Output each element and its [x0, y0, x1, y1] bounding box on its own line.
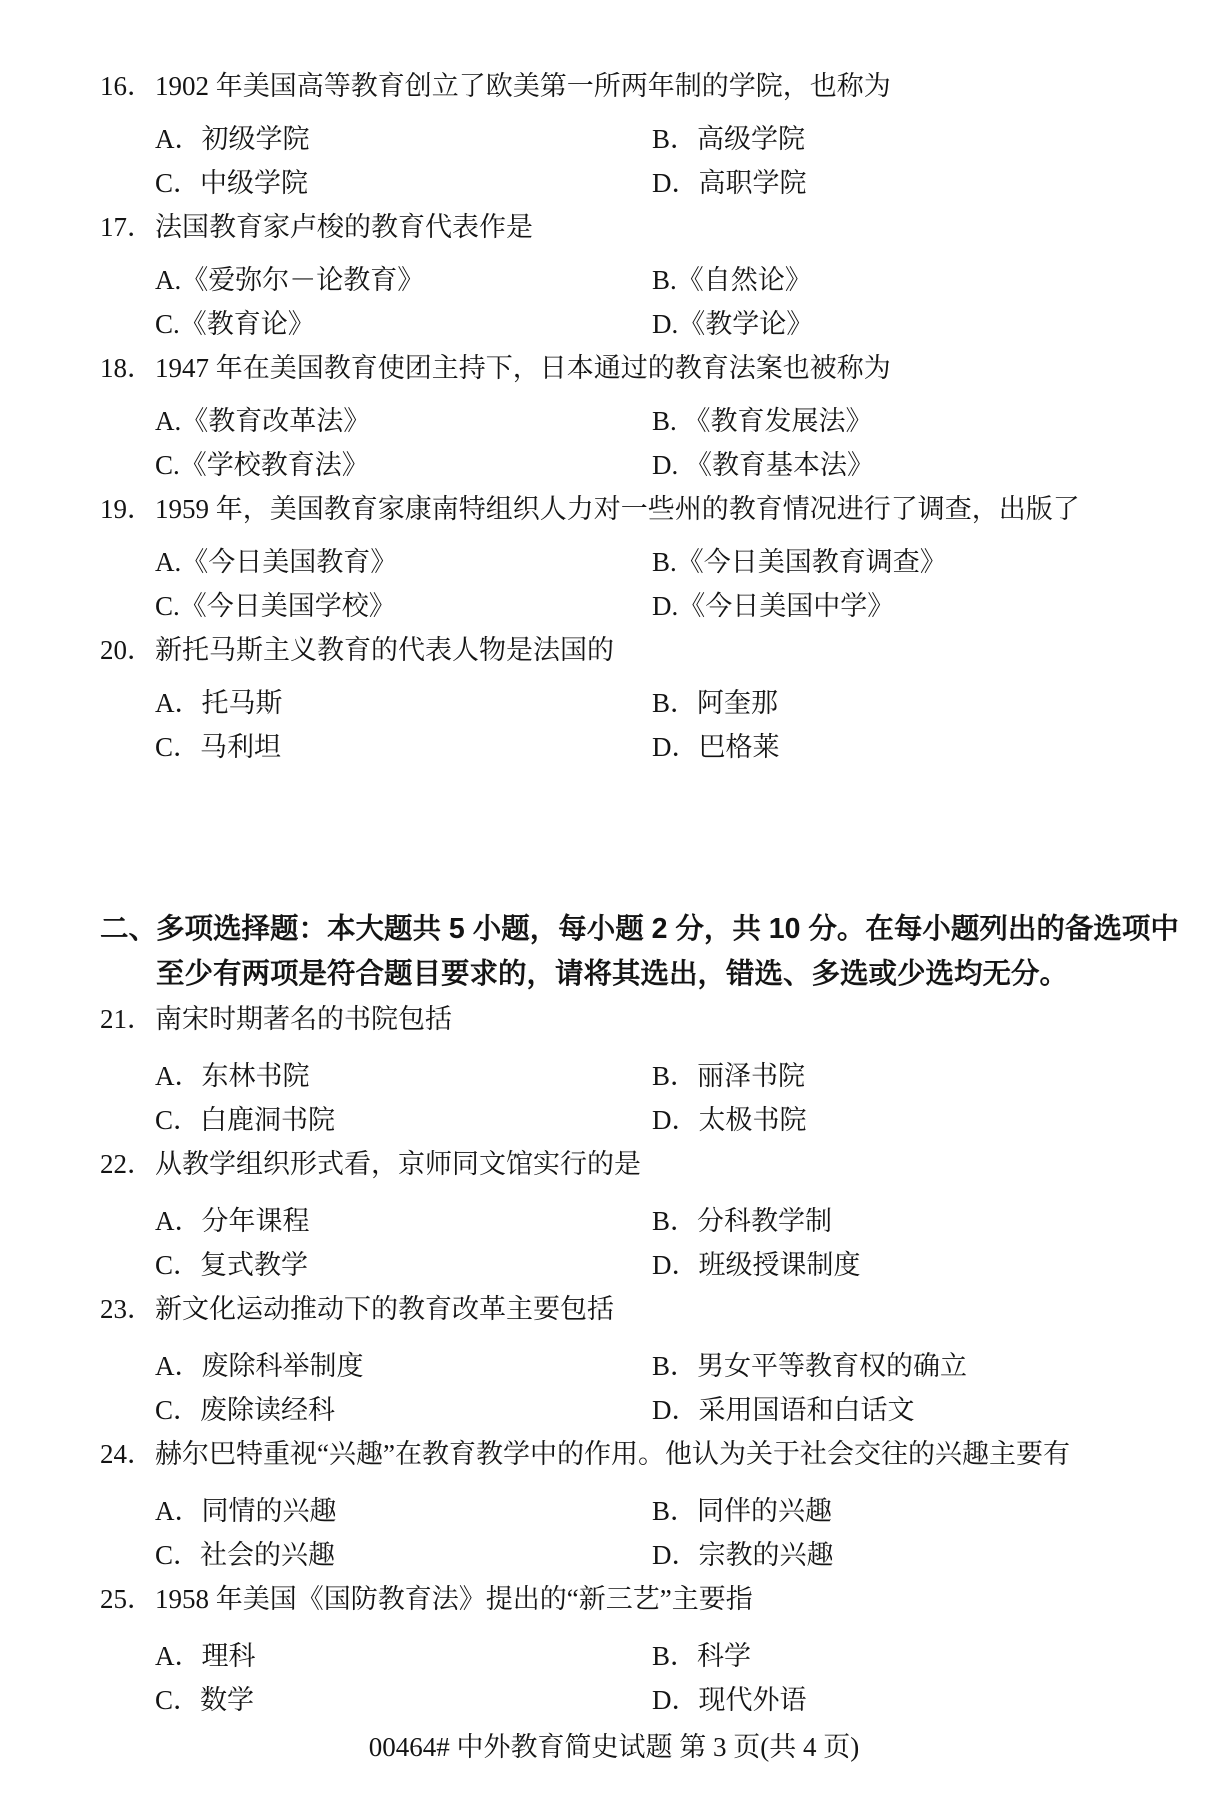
option-a: A．理科 — [155, 1634, 652, 1678]
option-c: C．数学 — [155, 1678, 652, 1722]
question-number: 16． — [100, 69, 155, 103]
section-instructions: 多项选择题：本大题共 5 小题，每小题 2 分，共 10 分。在每小题列出的备选… — [156, 907, 1179, 997]
option-a: A．初级学院 — [155, 117, 652, 161]
option-d: D.《今日美国中学》 — [652, 584, 1146, 628]
option-a: A．废除科举制度 — [155, 1344, 652, 1388]
question-16: 16． 1902 年美国高等教育创立了欧美第一所两年制的学院，也称为 A．初级学… — [100, 64, 1146, 205]
option-b: B.《自然论》 — [652, 258, 1146, 302]
option-b: B．同伴的兴趣 — [652, 1489, 1146, 1533]
question-number: 17． — [100, 210, 155, 244]
option-a: A．托马斯 — [155, 681, 652, 725]
question-23: 23． 新文化运动推动下的教育改革主要包括 A．废除科举制度 B．男女平等教育权… — [100, 1287, 1146, 1432]
option-b: B．丽泽书院 — [652, 1054, 1146, 1098]
question-stem: 赫尔巴特重视“兴趣”在教育教学中的作用。他认为关于社会交往的兴趣主要有 — [155, 1437, 1070, 1471]
option-c: C．中级学院 — [155, 161, 652, 205]
question-number: 21． — [100, 1002, 155, 1036]
question-number: 25． — [100, 1582, 155, 1616]
option-a: A．东林书院 — [155, 1054, 652, 1098]
question-stem: 1958 年美国《国防教育法》提出的“新三艺”主要指 — [155, 1582, 753, 1616]
option-c: C．复式教学 — [155, 1243, 652, 1287]
question-21: 21． 南宋时期著名的书院包括 A．东林书院 B．丽泽书院 C．白鹿洞书院 D．… — [100, 997, 1146, 1142]
question-number: 19． — [100, 492, 155, 526]
option-a: A.《爱弥尔－论教育》 — [155, 258, 652, 302]
option-d: D. 《教育基本法》 — [652, 443, 1146, 487]
option-b: B．男女平等教育权的确立 — [652, 1344, 1146, 1388]
option-d: D．巴格莱 — [652, 725, 1146, 769]
question-19: 19． 1959 年，美国教育家康南特组织人力对一些州的教育情况进行了调查，出版… — [100, 487, 1146, 628]
option-a: A．分年课程 — [155, 1199, 652, 1243]
option-d: D．太极书院 — [652, 1098, 1146, 1142]
question-stem: 新托马斯主义教育的代表人物是法国的 — [155, 633, 614, 667]
option-a: A.《教育改革法》 — [155, 399, 652, 443]
option-b: B．分科教学制 — [652, 1199, 1146, 1243]
option-c: C．白鹿洞书院 — [155, 1098, 652, 1142]
option-b: B．科学 — [652, 1634, 1146, 1678]
question-22: 22． 从教学组织形式看，京师同文馆实行的是 A．分年课程 B．分科教学制 C．… — [100, 1142, 1146, 1287]
option-c: C.《教育论》 — [155, 302, 652, 346]
section-label: 二、 — [100, 907, 156, 997]
question-number: 24． — [100, 1437, 155, 1471]
question-stem: 1947 年在美国教育使团主持下，日本通过的教育法案也被称为 — [155, 351, 891, 385]
question-number: 22． — [100, 1147, 155, 1181]
section-header: 二、 多项选择题：本大题共 5 小题，每小题 2 分，共 10 分。在每小题列出… — [100, 907, 1146, 997]
question-24: 24． 赫尔巴特重视“兴趣”在教育教学中的作用。他认为关于社会交往的兴趣主要有 … — [100, 1432, 1146, 1577]
option-b: B.《今日美国教育调查》 — [652, 540, 1146, 584]
option-c: C．废除读经科 — [155, 1388, 652, 1432]
exam-page: 16． 1902 年美国高等教育创立了欧美第一所两年制的学院，也称为 A．初级学… — [0, 0, 1228, 1798]
option-d: D．高职学院 — [652, 161, 1146, 205]
option-a: A．同情的兴趣 — [155, 1489, 652, 1533]
option-d: D．宗教的兴趣 — [652, 1533, 1146, 1577]
question-stem: 1902 年美国高等教育创立了欧美第一所两年制的学院，也称为 — [155, 69, 891, 103]
question-stem: 南宋时期著名的书院包括 — [155, 1002, 452, 1036]
option-d: D.《教学论》 — [652, 302, 1146, 346]
option-a: A.《今日美国教育》 — [155, 540, 652, 584]
option-c: C.《今日美国学校》 — [155, 584, 652, 628]
question-20: 20． 新托马斯主义教育的代表人物是法国的 A．托马斯 B．阿奎那 C．马利坦 … — [100, 628, 1146, 769]
option-c: C.《学校教育法》 — [155, 443, 652, 487]
question-stem: 从教学组织形式看，京师同文馆实行的是 — [155, 1147, 641, 1181]
page-footer: 00464# 中外教育简史试题 第 3 页(共 4 页) — [0, 1730, 1228, 1764]
option-c: C．社会的兴趣 — [155, 1533, 652, 1577]
single-choice-section: 16． 1902 年美国高等教育创立了欧美第一所两年制的学院，也称为 A．初级学… — [100, 64, 1146, 769]
question-number: 18． — [100, 351, 155, 385]
option-d: D．班级授课制度 — [652, 1243, 1146, 1287]
exam-content: 16． 1902 年美国高等教育创立了欧美第一所两年制的学院，也称为 A．初级学… — [100, 64, 1146, 1722]
option-b: B．阿奎那 — [652, 681, 1146, 725]
option-d: D．采用国语和白话文 — [652, 1388, 1146, 1432]
question-stem: 法国教育家卢梭的教育代表作是 — [155, 210, 533, 244]
question-17: 17． 法国教育家卢梭的教育代表作是 A.《爱弥尔－论教育》 B.《自然论》 C… — [100, 205, 1146, 346]
option-b: B. 《教育发展法》 — [652, 399, 1146, 443]
section-instructions-line1: 多项选择题：本大题共 5 小题，每小题 2 分，共 10 分。在每小题列出的备选… — [156, 907, 1179, 952]
multi-choice-section: 21． 南宋时期著名的书院包括 A．东林书院 B．丽泽书院 C．白鹿洞书院 D．… — [100, 997, 1146, 1722]
question-25: 25． 1958 年美国《国防教育法》提出的“新三艺”主要指 A．理科 B．科学… — [100, 1577, 1146, 1722]
option-d: D．现代外语 — [652, 1678, 1146, 1722]
option-c: C．马利坦 — [155, 725, 652, 769]
question-number: 20． — [100, 633, 155, 667]
question-stem: 新文化运动推动下的教育改革主要包括 — [155, 1292, 614, 1326]
question-18: 18． 1947 年在美国教育使团主持下，日本通过的教育法案也被称为 A.《教育… — [100, 346, 1146, 487]
section-instructions-line2: 至少有两项是符合题目要求的，请将其选出，错选、多选或少选均无分。 — [156, 952, 1179, 997]
question-stem: 1959 年，美国教育家康南特组织人力对一些州的教育情况进行了调查，出版了 — [155, 492, 1080, 526]
option-b: B．高级学院 — [652, 117, 1146, 161]
question-number: 23． — [100, 1292, 155, 1326]
